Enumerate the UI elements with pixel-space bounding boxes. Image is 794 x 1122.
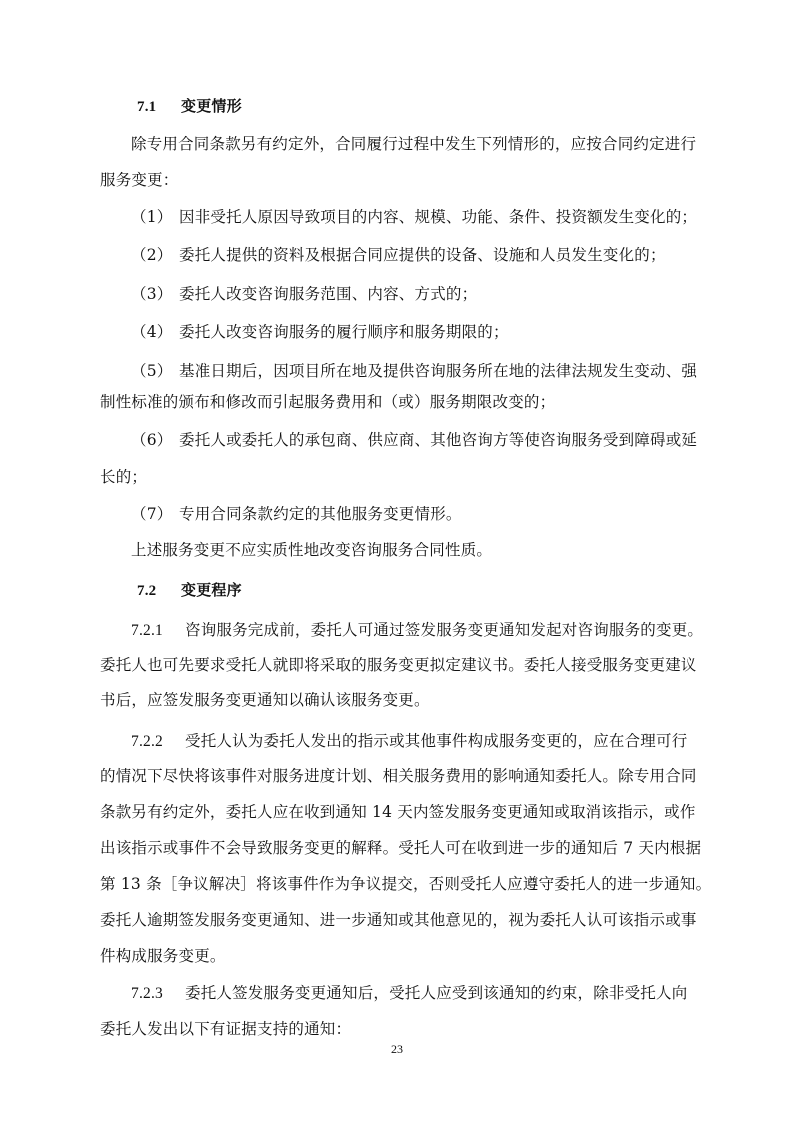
list-text: 委托人或委托人的承包商、供应商、其他咨询方等使咨询服务受到障碍或延	[179, 431, 697, 449]
clause-number: 7.2.3	[131, 984, 185, 1004]
paragraph-line: 件构成服务变更。	[100, 946, 700, 966]
section-title: 变更程序	[181, 581, 242, 599]
list-item-continuation: 长的；	[100, 467, 700, 487]
section-number: 7.2	[137, 581, 181, 601]
list-text: 基准日期后，因项目所在地及提供咨询服务所在地的法律法规发生变动、强	[179, 362, 697, 380]
list-text: 委托人改变咨询服务范围、内容、方式的；	[179, 285, 477, 303]
paragraph-line: 委托人也可先要求受托人就即将采取的服务变更拟定建议书。委托人接受服务变更建议	[100, 655, 700, 675]
list-item: （3）委托人改变咨询服务范围、内容、方式的；	[131, 284, 731, 304]
paragraph-line: 除专用合同条款另有约定外，合同履行过程中发生下列情形的，应按合同约定进行	[131, 134, 731, 154]
list-label: （3）	[131, 284, 179, 304]
section-heading-7-2: 7.2变更程序	[100, 580, 700, 601]
list-label: （6）	[131, 430, 179, 450]
clause-text: 委托人签发服务变更通知后，受托人应受到该通知的约束，除非受托人向	[185, 984, 687, 1002]
paragraph-line: 第 13 条［争议解决］将该事件作为争议提交，否则受托人应遵守委托人的进一步通知…	[100, 874, 700, 894]
clause-number: 7.2.1	[131, 621, 185, 641]
list-item: （2）委托人提供的资料及根据合同应提供的设备、设施和人员发生变化的；	[131, 245, 731, 265]
list-label: （2）	[131, 245, 179, 265]
clause-text: 咨询服务完成前，委托人可通过签发服务变更通知发起对咨询服务的变更。	[185, 621, 703, 639]
section-number: 7.1	[137, 97, 181, 117]
clause-7-2-1: 7.2.1咨询服务完成前，委托人可通过签发服务变更通知发起对咨询服务的变更。	[131, 620, 731, 641]
list-item: （7）专用合同条款约定的其他服务变更情形。	[131, 504, 731, 524]
paragraph-line: 书后，应签发服务变更通知以确认该服务变更。	[100, 690, 700, 710]
list-text: 因非受托人原因导致项目的内容、规模、功能、条件、投资额发生变化的；	[179, 208, 697, 226]
list-item: （5）基准日期后，因项目所在地及提供咨询服务所在地的法律法规发生变动、强	[131, 361, 731, 381]
clause-7-2-3: 7.2.3委托人签发服务变更通知后，受托人应受到该通知的约束，除非受托人向	[131, 983, 731, 1004]
paragraph-line: 委托人逾期签发服务变更通知、进一步通知或其他意见的，视为委托人认可该指示或事	[100, 910, 700, 930]
paragraph-line: 上述服务变更不应实质性地改变咨询服务合同性质。	[131, 540, 731, 560]
list-label: （7）	[131, 504, 179, 524]
paragraph-line: 委托人发出以下有证据支持的通知：	[100, 1019, 700, 1039]
list-label: （1）	[131, 207, 179, 227]
paragraph-line: 出该指示或事件不会导致服务变更的解释。受托人可在收到进一步的通知后 7 天内根据	[100, 838, 700, 858]
list-item: （6）委托人或委托人的承包商、供应商、其他咨询方等使咨询服务受到障碍或延	[131, 430, 731, 450]
clause-text: 受托人认为委托人发出的指示或其他事件构成服务变更的，应在合理可行	[185, 732, 687, 750]
list-item-continuation: 制性标准的颁布和修改而引起服务费用和（或）服务期限改变的；	[100, 392, 700, 412]
list-item: （4）委托人改变咨询服务的履行顺序和服务期限的；	[131, 322, 731, 342]
document-page: 7.1变更情形 除专用合同条款另有约定外，合同履行过程中发生下列情形的，应按合同…	[0, 0, 794, 1122]
list-label: （5）	[131, 361, 179, 381]
list-text: 专用合同条款约定的其他服务变更情形。	[179, 505, 462, 523]
list-text: 委托人改变咨询服务的履行顺序和服务期限的；	[179, 323, 509, 341]
paragraph-line: 的情况下尽快将该事件对服务进度计划、相关服务费用的影响通知委托人。除专用合同	[100, 766, 700, 786]
list-label: （4）	[131, 322, 179, 342]
section-title: 变更情形	[181, 97, 242, 115]
paragraph-line: 条款另有约定外，委托人应在收到通知 14 天内签发服务变更通知或取消该指示，或作	[100, 802, 700, 822]
paragraph-line: 服务变更：	[100, 170, 700, 190]
clause-number: 7.2.2	[131, 732, 185, 752]
list-item: （1）因非受托人原因导致项目的内容、规模、功能、条件、投资额发生变化的；	[131, 207, 731, 227]
section-heading-7-1: 7.1变更情形	[100, 96, 700, 117]
page-number: 23	[0, 1042, 794, 1057]
list-text: 委托人提供的资料及根据合同应提供的设备、设施和人员发生变化的；	[179, 246, 666, 264]
clause-7-2-2: 7.2.2受托人认为委托人发出的指示或其他事件构成服务变更的，应在合理可行	[131, 731, 731, 752]
